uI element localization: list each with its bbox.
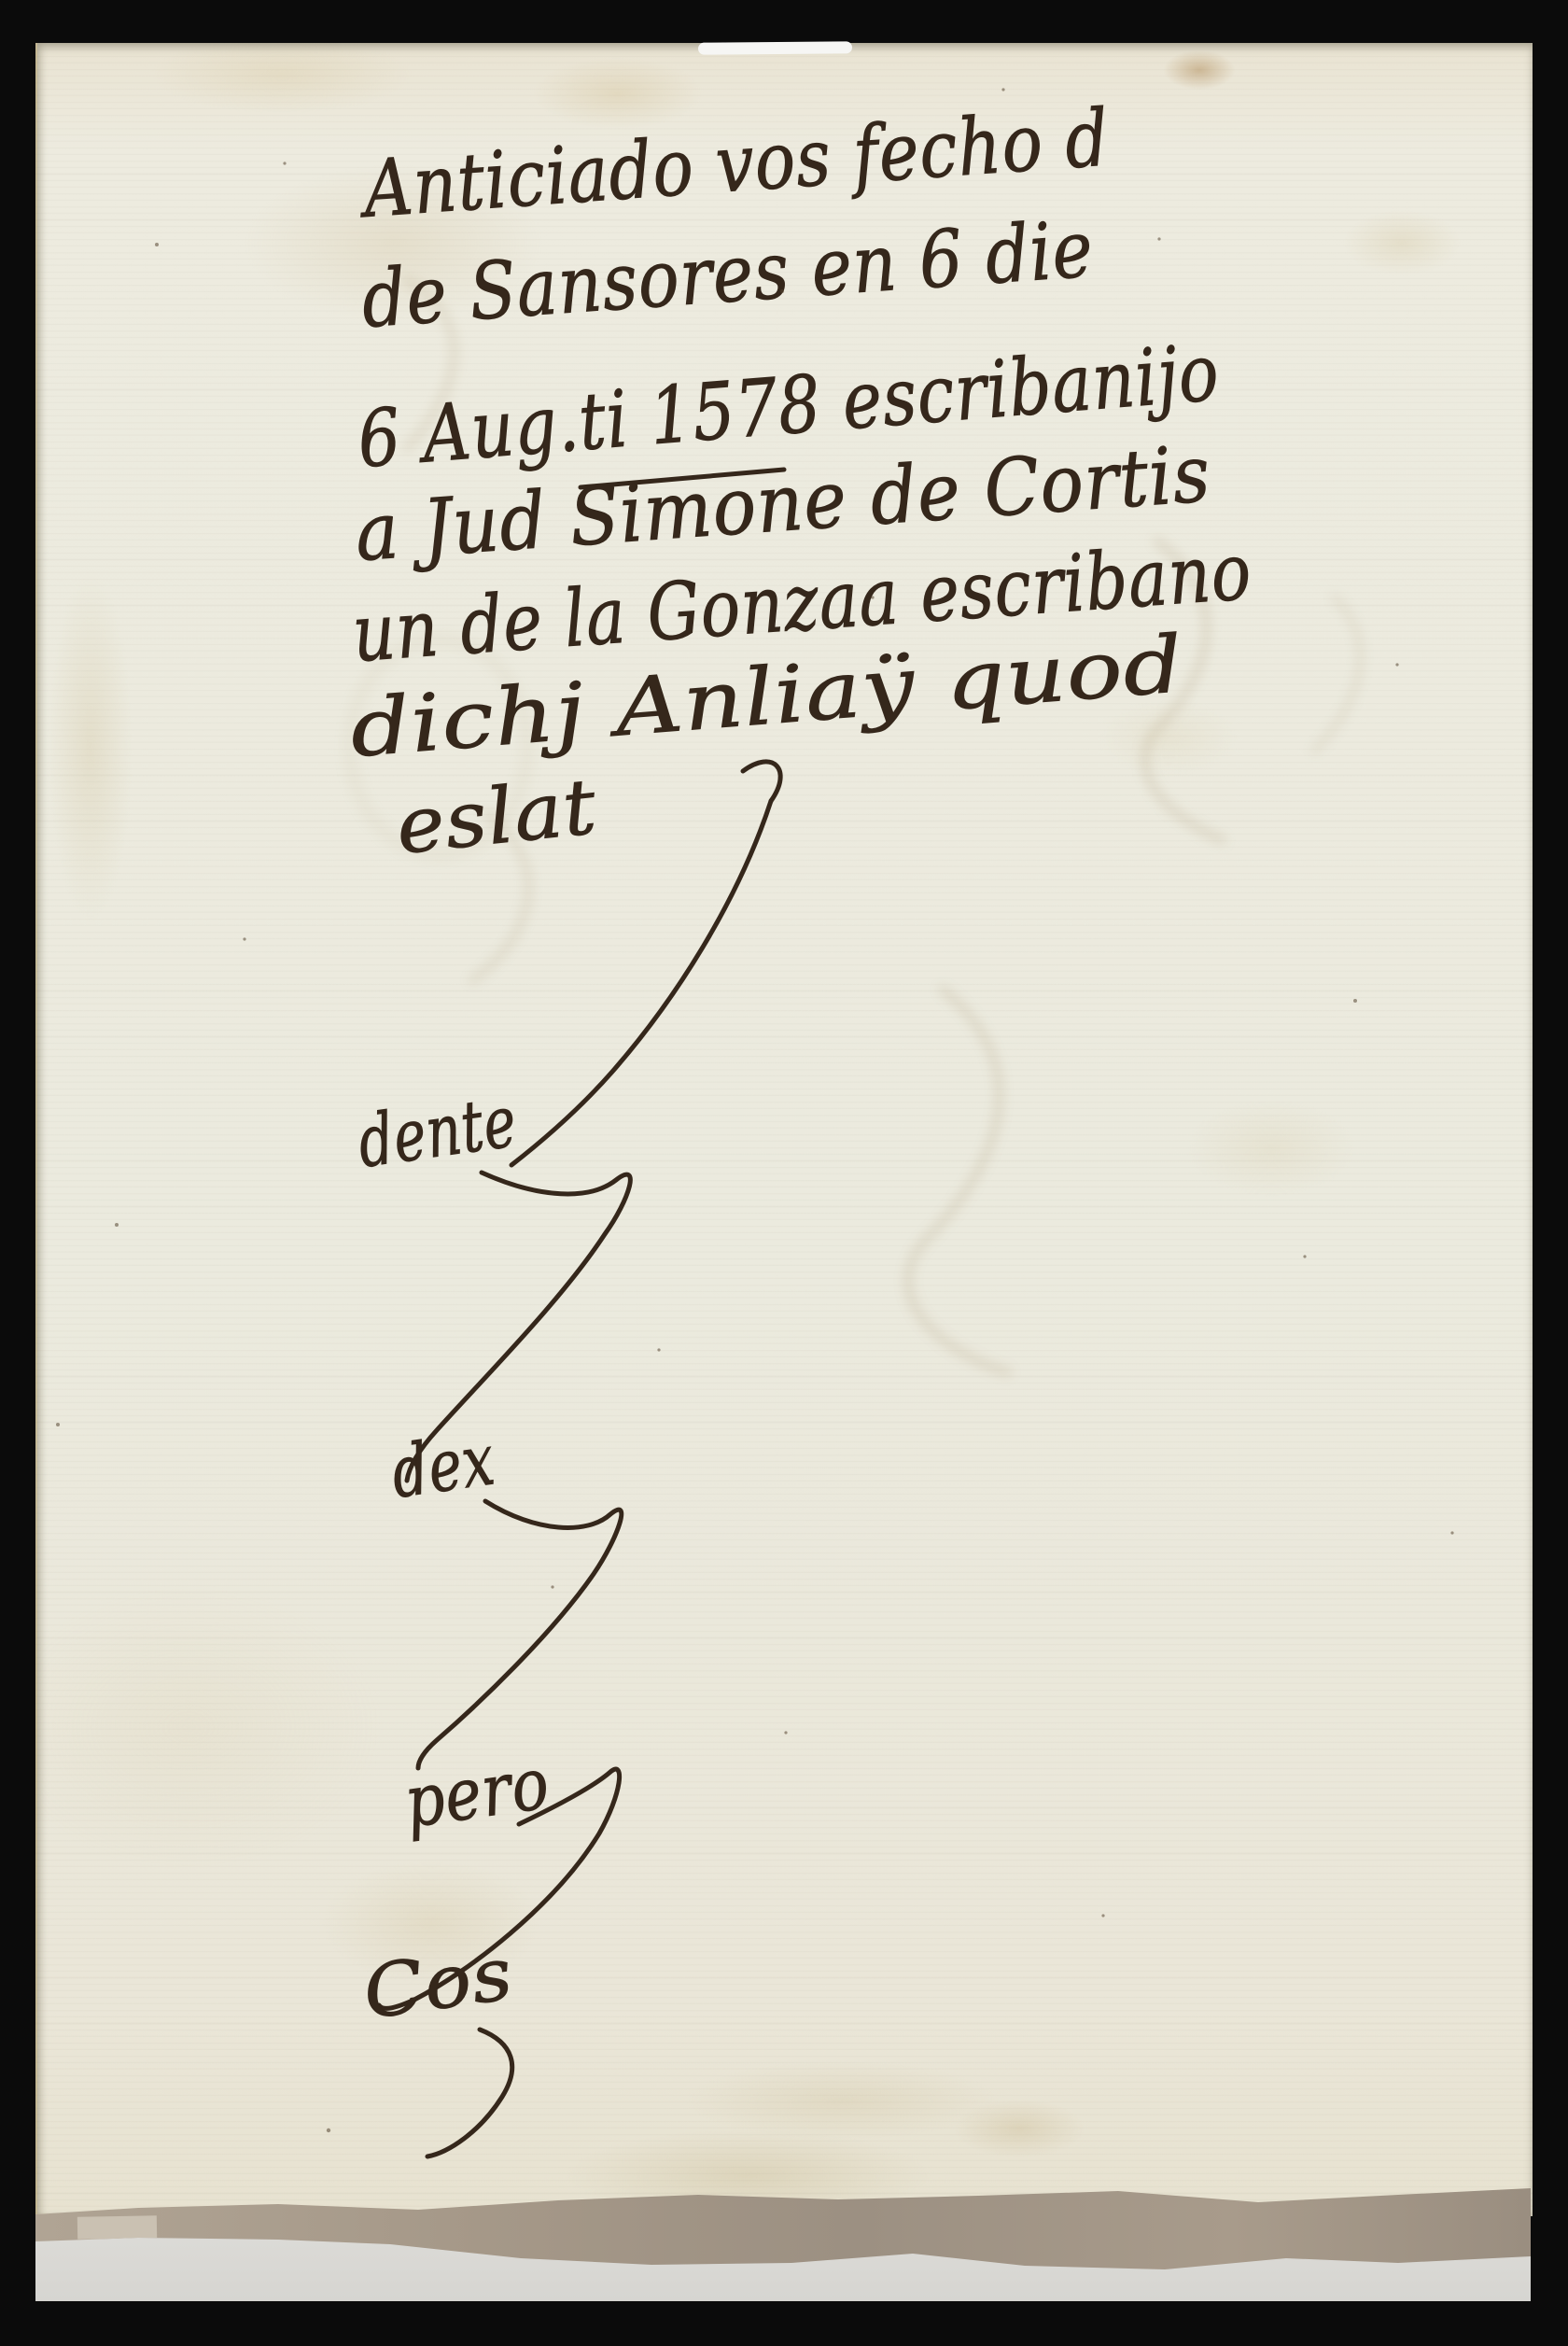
pen-flourish bbox=[418, 1501, 622, 1768]
manuscript-scan: Anticiado vos fecho d de Sansores en 6 d… bbox=[0, 0, 1568, 2346]
handwriting-layer: Anticiado vos fecho d de Sansores en 6 d… bbox=[0, 0, 1568, 2346]
pen-flourish bbox=[743, 762, 780, 801]
handwriting-word-dex: dex bbox=[386, 1417, 499, 1513]
pen-flourish bbox=[427, 2030, 512, 2156]
handwriting-word-dente: dente bbox=[353, 1079, 522, 1184]
handwriting-word-cos: Cos bbox=[358, 1932, 518, 2035]
handwriting-word-eslat: eslat bbox=[392, 763, 601, 872]
